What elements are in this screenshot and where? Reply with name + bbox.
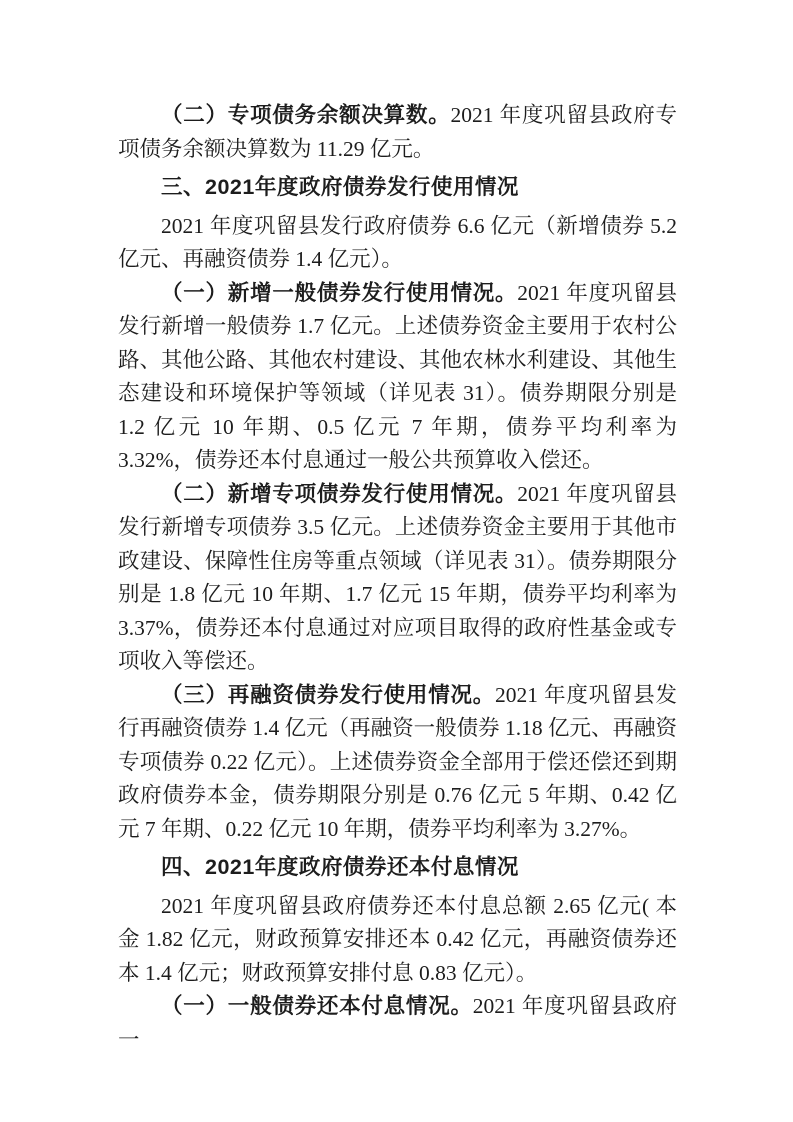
paragraph-new-general-bonds: （一）新增一般债券发行使用情况。2021 年度巩留县发行新增一般债券 1.7 亿… (118, 277, 677, 478)
heading-section-4: 四、2021年度政府债券还本付息情况 (118, 851, 677, 885)
heading-section-3: 三、2021年度政府债券发行使用情况 (118, 171, 677, 205)
paragraph-lead: （二）专项债务余额决算数。 (161, 103, 450, 127)
heading-text: 三、2021年度政府债券发行使用情况 (161, 175, 519, 199)
document-body: （二）专项债务余额决算数。2021 年度巩留县政府专项债务余额决算数为 11.2… (118, 99, 677, 1057)
paragraph-general-repayment: （一）一般债券还本付息情况。2021 年度巩留县政府一 (118, 990, 677, 1057)
paragraph-text: 2021 年度巩留县政府债券还本付息总额 2.65 亿元( 本金 1.82 亿元… (118, 894, 677, 985)
paragraph-text: 2021 年度巩留县发行新增专项债券 3.5 亿元。上述债券资金主要用于其他市政… (118, 482, 677, 674)
paragraph-lead: （三）再融资债券发行使用情况。 (161, 683, 495, 707)
paragraph-text: 2021 年度巩留县发行新增一般债券 1.7 亿元。上述债券资金主要用于农村公路… (118, 281, 677, 473)
paragraph-lead: （一）一般债券还本付息情况。 (161, 994, 473, 1018)
paragraph-special-debt-balance: （二）专项债务余额决算数。2021 年度巩留县政府专项债务余额决算数为 11.2… (118, 99, 677, 166)
paragraph-lead: （二）新增专项债券发行使用情况。 (161, 482, 517, 506)
heading-text: 四、2021年度政府债券还本付息情况 (161, 855, 519, 879)
paragraph-new-special-bonds: （二）新增专项债券发行使用情况。2021 年度巩留县发行新增专项债券 3.5 亿… (118, 478, 677, 679)
paragraph-repayment-total: 2021 年度巩留县政府债券还本付息总额 2.65 亿元( 本金 1.82 亿元… (118, 890, 677, 991)
paragraph-lead: （一）新增一般债券发行使用情况。 (161, 281, 517, 305)
paragraph-refinancing-bonds: （三）再融资债券发行使用情况。2021 年度巩留县发行再融资债券 1.4 亿元（… (118, 679, 677, 847)
paragraph-text: 2021 年度巩留县发行政府债券 6.6 亿元（新增债券 5.2 亿元、再融资债… (118, 214, 677, 272)
paragraph-bond-issuance-total: 2021 年度巩留县发行政府债券 6.6 亿元（新增债券 5.2 亿元、再融资债… (118, 210, 677, 277)
document-page: （二）专项债务余额决算数。2021 年度巩留县政府专项债务余额决算数为 11.2… (0, 0, 793, 1122)
